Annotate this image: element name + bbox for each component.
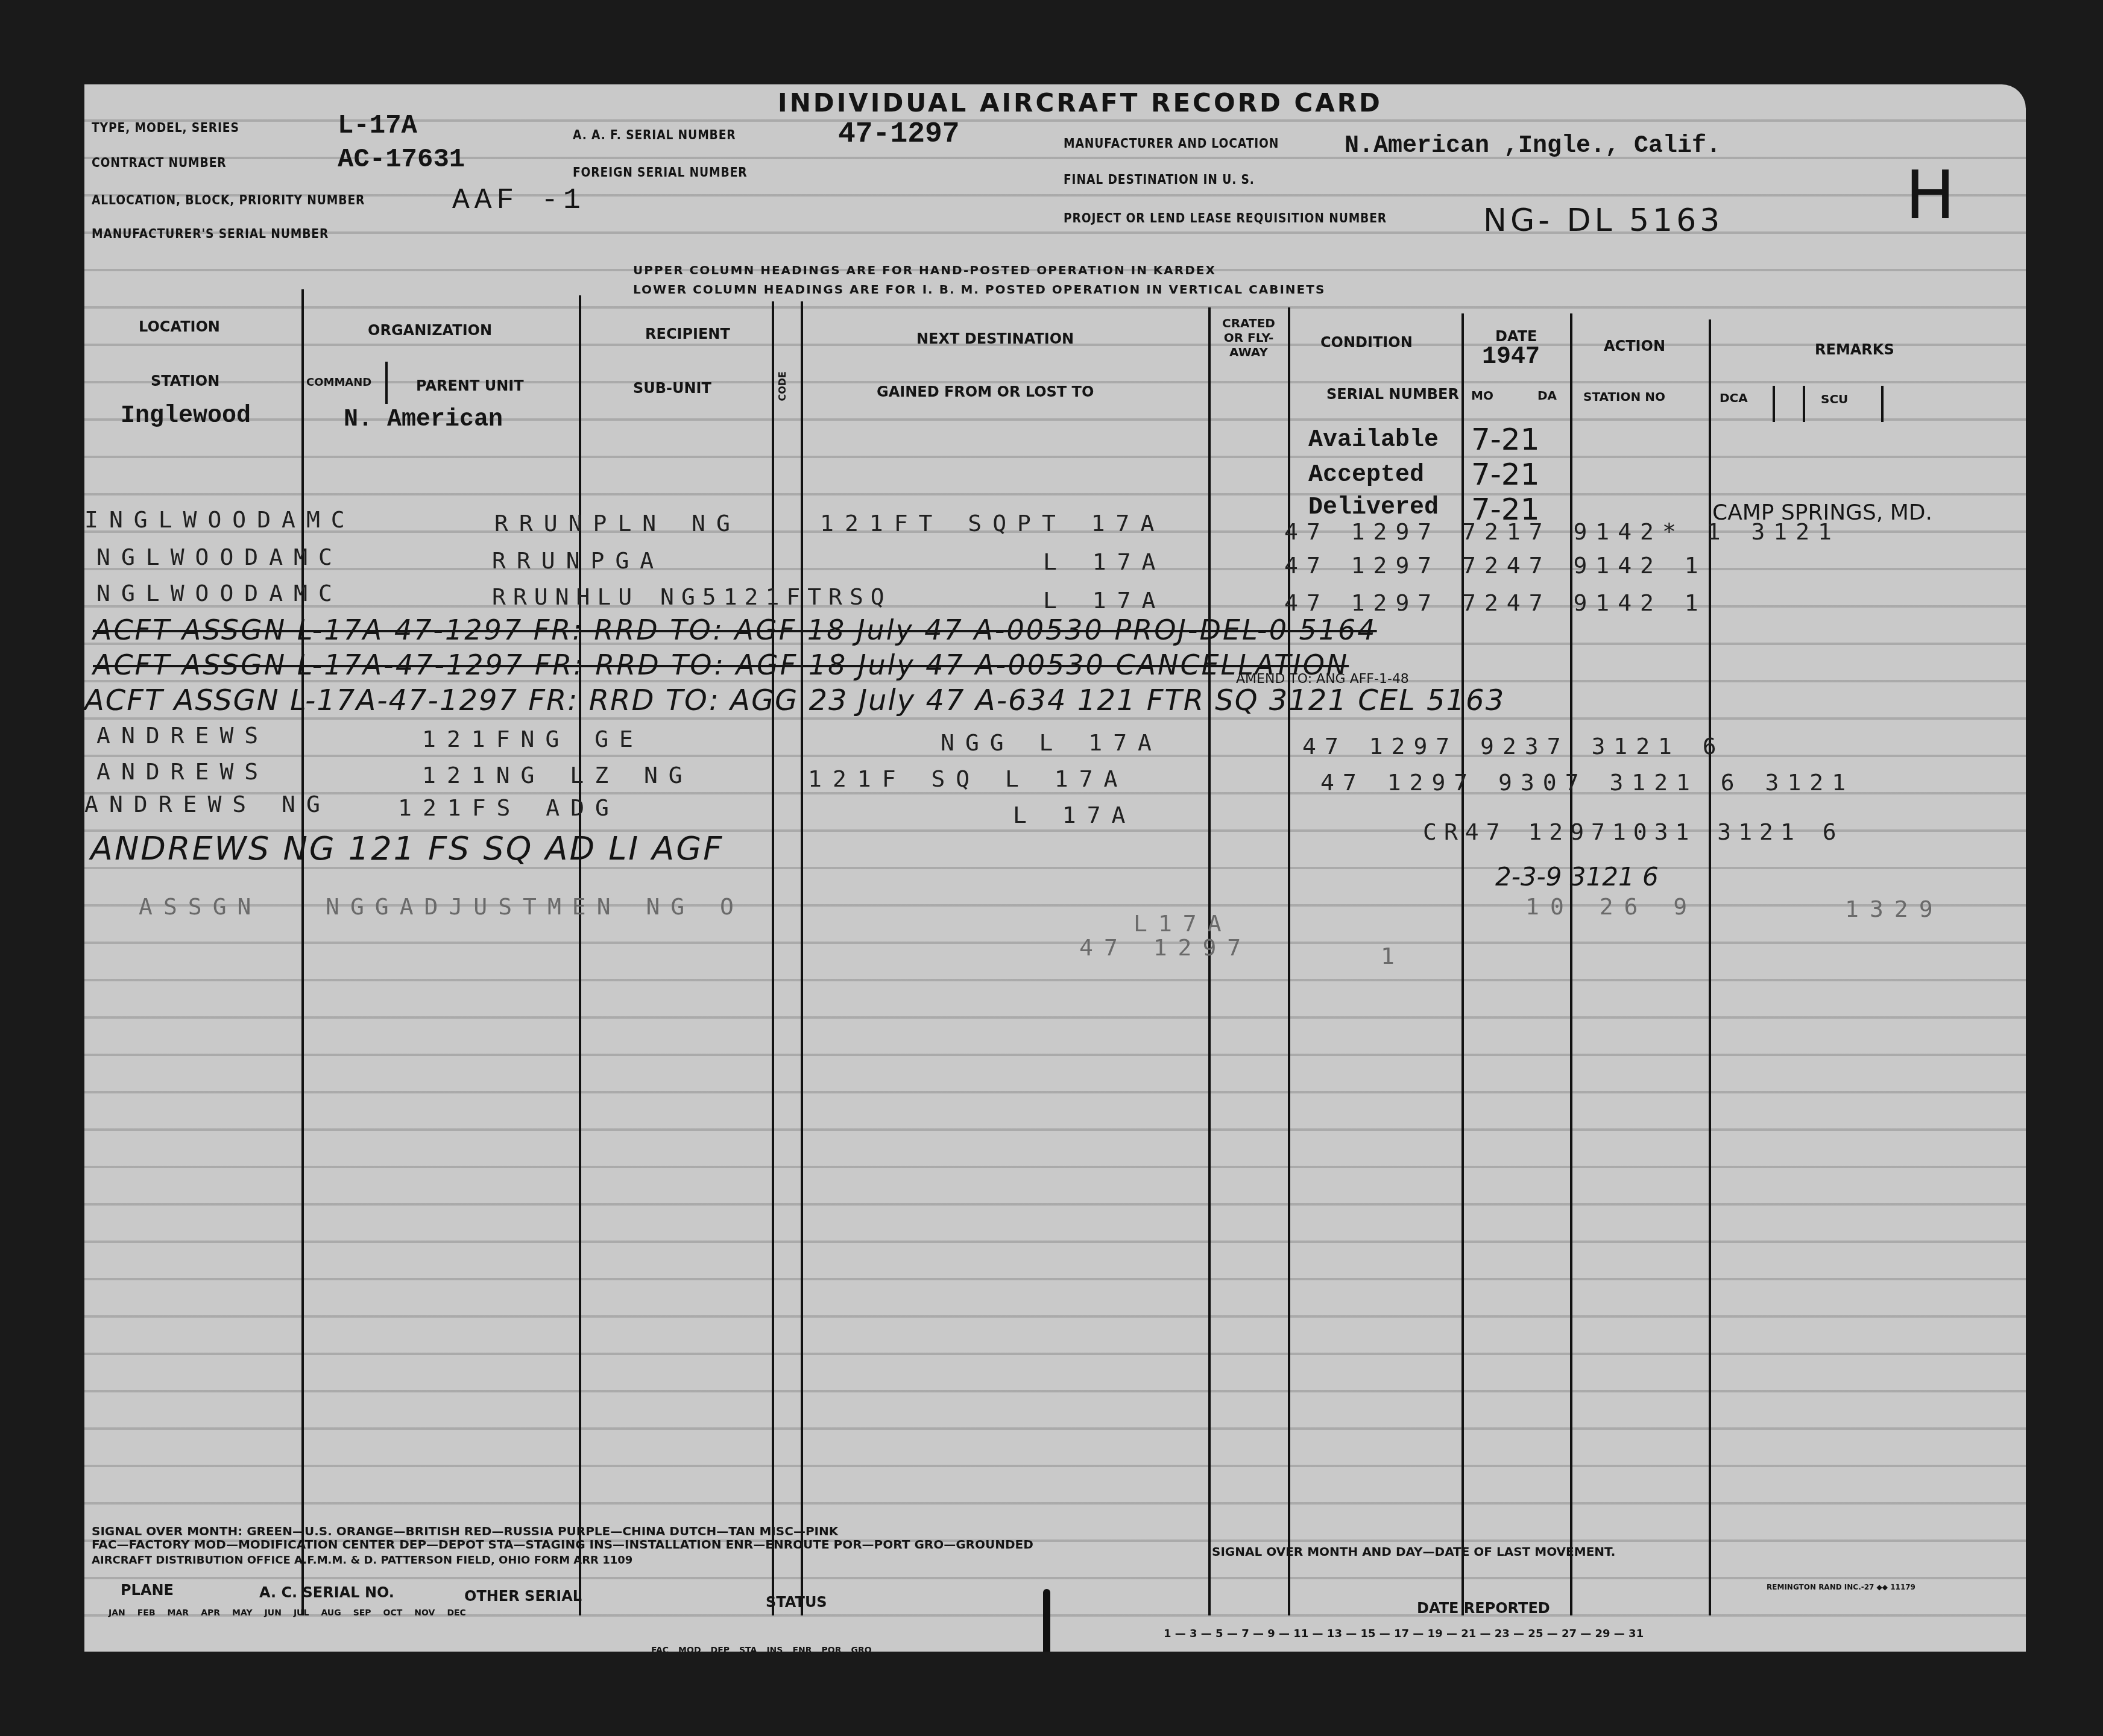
footer-plane: PLANE [121, 1582, 174, 1599]
column-divider [385, 362, 388, 404]
handwritten-date: 2-3-9 3121 6 [1495, 862, 1659, 892]
col-recipient: RECIPIENT [645, 325, 730, 342]
col-next-destination: NEXT DESTINATION [916, 330, 1074, 347]
final-destination-label: FINAL DESTINATION IN U. S. [1064, 172, 1255, 187]
col-gained-lost: GAINED FROM OR LOST TO [877, 383, 1094, 400]
col-remarks: REMARKS [1815, 341, 1894, 358]
handwritten-assignment: ACFT ASSGN L-17A-47-1297 FR: RRD TO: AGG… [84, 684, 1505, 717]
first-organization: N. American [344, 406, 503, 433]
status-available-label: Available [1308, 427, 1439, 454]
footer-signal-legend: SIGNAL OVER MONTH: GREEN—U.S. ORANGE—BRI… [92, 1524, 838, 1538]
status-accepted-date: 7-21 [1471, 457, 1539, 492]
project-number-value: NG- DL 5163 [1483, 203, 1723, 239]
footer-months: JAN FEB MAR APR MAY JUN JUL AUG SEP OCT … [109, 1608, 466, 1618]
footer-status: STATUS [766, 1594, 827, 1611]
footer-ac-serial: A. C. SERIAL NO. [259, 1584, 394, 1601]
allocation-value: AAF -1 [452, 184, 585, 217]
handwritten-andrews: ANDREWS NG 121 FS SQ AD LI AGF [90, 829, 724, 867]
column-divider [1709, 319, 1711, 1615]
column-divider [1773, 386, 1775, 422]
col-dca: DCA [1720, 391, 1748, 405]
first-location: Inglewood [121, 403, 251, 430]
card-bottom-edge [84, 1652, 2026, 1664]
footer-office: AIRCRAFT DISTRIBUTION OFFICE A.F.M.M. & … [92, 1554, 632, 1567]
status-accepted-label: Accepted [1308, 462, 1424, 489]
column-divider [1881, 386, 1884, 422]
status-available-date: 7-21 [1471, 422, 1539, 457]
col-scu: SCU [1821, 392, 1848, 406]
col-location: LOCATION [139, 318, 220, 335]
manufacturer-serial-label: MANUFACTURER'S SERIAL NUMBER [92, 227, 329, 242]
col-code: CODE [777, 371, 788, 401]
footer-date-reported: DATE REPORTED [1417, 1600, 1550, 1617]
foreign-serial-label: FOREIGN SERIAL NUMBER [573, 165, 748, 180]
status-delivered-label: Delivered [1308, 494, 1439, 521]
corner-mark: H [1905, 157, 1955, 234]
column-divider [301, 289, 304, 1615]
col-parent-unit: PARENT UNIT [416, 377, 524, 394]
aaf-serial-value: 47-1297 [838, 118, 960, 151]
col-organization: ORGANIZATION [368, 322, 492, 339]
column-divider [1208, 307, 1211, 1615]
type-model-series-label: TYPE, MODEL, SERIES [92, 121, 239, 136]
footer-day-scale: 1 — 3 — 5 — 7 — 9 — 11 — 13 — 15 — 17 — … [1164, 1627, 1644, 1640]
lower-heading-note: LOWER COLUMN HEADINGS ARE FOR I. B. M. P… [633, 282, 1325, 297]
col-date: DATE [1495, 328, 1537, 345]
col-sub-unit: SUB-UNIT [633, 380, 711, 397]
col-mo: MO [1471, 388, 1493, 403]
col-serial-number: SERIAL NUMBER [1326, 386, 1459, 403]
column-divider [1288, 307, 1290, 1615]
allocation-label: ALLOCATION, BLOCK, PRIORITY NUMBER [92, 193, 365, 208]
col-station-no: STATION NO [1583, 389, 1665, 404]
footer-status-legend: FAC—FACTORY MOD—MODIFICATION CENTER DEP—… [92, 1537, 1033, 1552]
aircraft-record-card: INDIVIDUAL AIRCRAFT RECORD CARD H TYPE, … [84, 84, 2026, 1664]
handwritten-assignment-struck: ACFT ASSGN L-17A-47-1297 FR: RRD TO: AGF… [93, 649, 1349, 681]
col-action: ACTION [1604, 338, 1665, 354]
column-divider [1570, 313, 1572, 1615]
footer-other-serial: OTHER SERIAL [464, 1588, 582, 1605]
col-da: DA [1537, 388, 1557, 403]
column-divider [1461, 313, 1464, 1615]
contract-number-value: AC-17631 [338, 145, 465, 175]
type-model-series-value: L-17A [338, 111, 417, 141]
contract-number-label: CONTRACT NUMBER [92, 156, 227, 171]
column-divider [579, 295, 581, 1615]
handwritten-assignment-struck: ACFT ASSGN L-17A 47-1297 FR: RRD TO: AGF… [93, 614, 1377, 646]
col-command: COMMAND [306, 376, 371, 389]
col-crated: CRATED OR FLY-AWAY [1215, 316, 1282, 359]
card-title: INDIVIDUAL AIRCRAFT RECORD CARD [778, 88, 1383, 118]
manufacturer-location-label: MANUFACTURER AND LOCATION [1064, 136, 1279, 151]
printer-mark: REMINGTON RAND INC.-27 ◆◆ 11179 [1767, 1583, 1915, 1591]
aaf-serial-label: A. A. F. SERIAL NUMBER [573, 128, 736, 143]
project-number-label: PROJECT OR LEND LEASE REQUISITION NUMBER [1064, 211, 1387, 226]
column-divider [801, 301, 803, 1615]
column-divider [772, 301, 774, 1615]
col-condition: CONDITION [1320, 334, 1413, 351]
col-station: STATION [151, 373, 219, 389]
footer-signal-note: SIGNAL OVER MONTH AND DAY—DATE OF LAST M… [1212, 1544, 1615, 1559]
year-value: 1947 [1482, 344, 1540, 371]
upper-heading-note: UPPER COLUMN HEADINGS ARE FOR HAND-POSTE… [633, 263, 1216, 277]
column-divider [1803, 386, 1805, 422]
manufacturer-location-value: N.American ,Ingle., Calif. [1345, 133, 1721, 160]
